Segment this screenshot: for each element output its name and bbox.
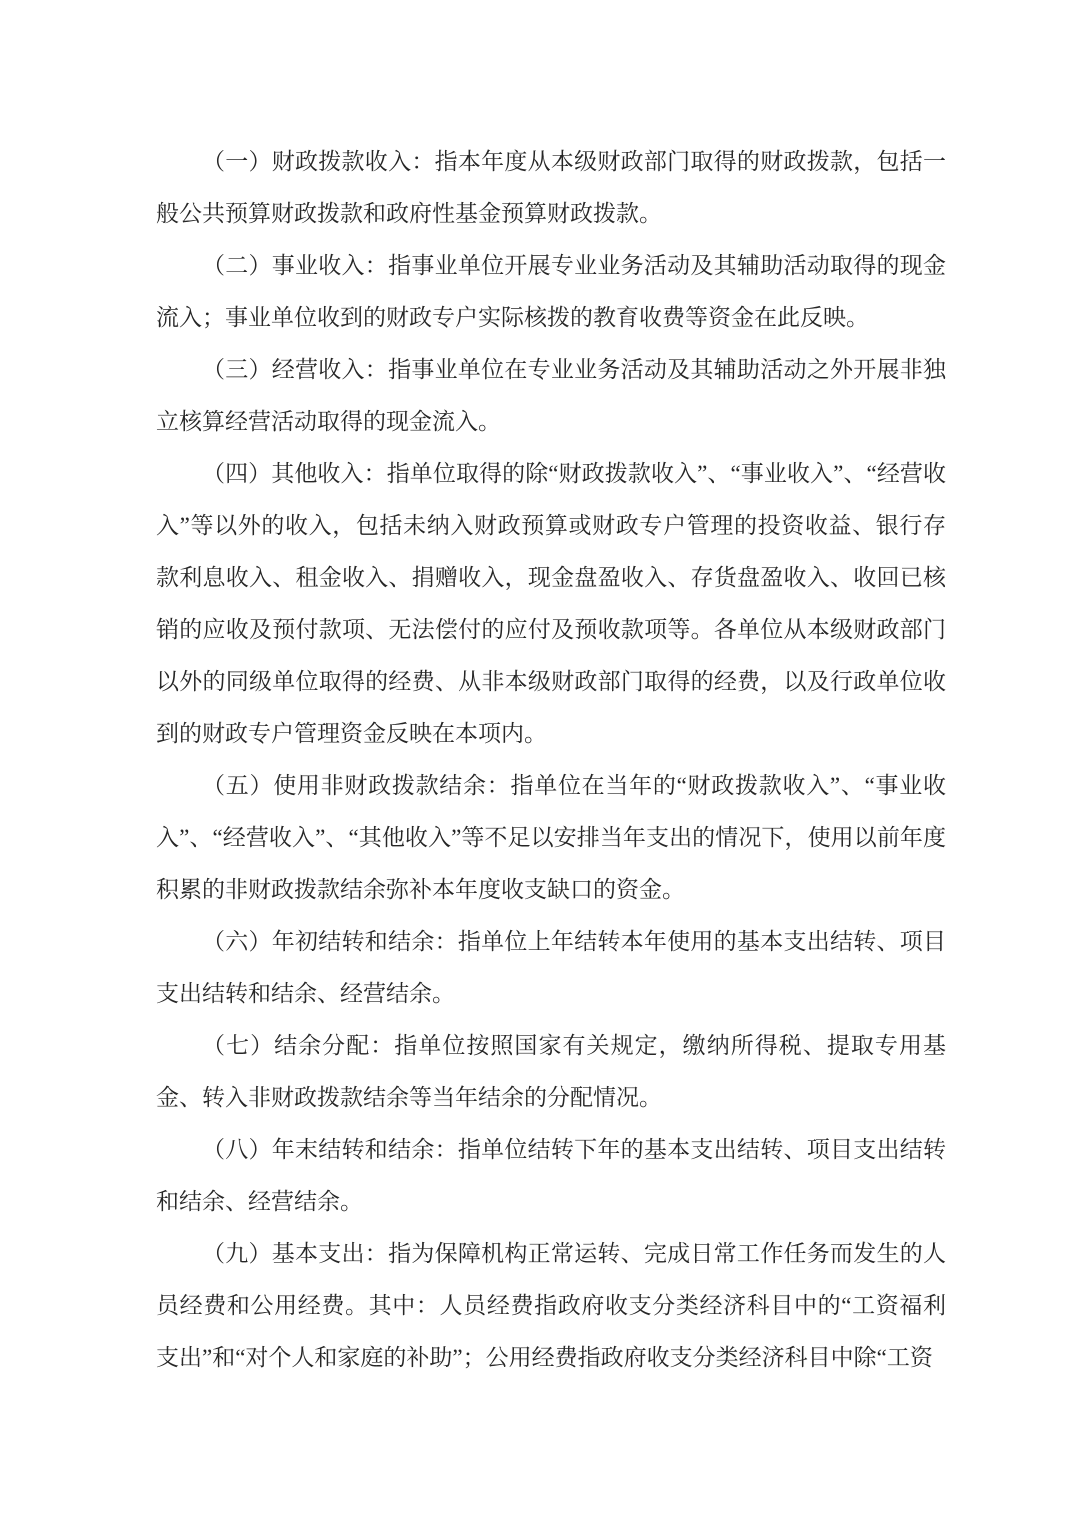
paragraph-4-other-income: （四）其他收入：指单位取得的除“财政拨款收入”、“事业收入”、“经营收入”等以外… bbox=[156, 448, 946, 760]
paragraph-7-surplus-distribution: （七）结余分配：指单位按照国家有关规定，缴纳所得税、提取专用基金、转入非财政拨款… bbox=[156, 1020, 946, 1124]
paragraph-9-basic-expenditure: （九）基本支出：指为保障机构正常运转、完成日常工作任务而发生的人员经费和公用经费… bbox=[156, 1228, 946, 1384]
paragraph-6-beginning-year-carryover: （六）年初结转和结余：指单位上年结转本年使用的基本支出结转、项目支出结转和结余、… bbox=[156, 916, 946, 1020]
paragraph-8-year-end-carryover: （八）年末结转和结余：指单位结转下年的基本支出结转、项目支出结转和结余、经营结余… bbox=[156, 1124, 946, 1228]
document-page: （一）财政拨款收入：指本年度从本级财政部门取得的财政拨款，包括一般公共预算财政拨… bbox=[0, 0, 1074, 1520]
paragraph-5-use-of-non-fiscal-surplus: （五）使用非财政拨款结余：指单位在当年的“财政拨款收入”、“事业收入”、“经营收… bbox=[156, 760, 946, 916]
paragraph-2-operational-income: （二）事业收入：指事业单位开展专业业务活动及其辅助活动取得的现金流入；事业单位收… bbox=[156, 240, 946, 344]
paragraph-3-business-income: （三）经营收入：指事业单位在专业业务活动及其辅助活动之外开展非独立核算经营活动取… bbox=[156, 344, 946, 448]
document-body: （一）财政拨款收入：指本年度从本级财政部门取得的财政拨款，包括一般公共预算财政拨… bbox=[156, 136, 946, 1384]
paragraph-1-fiscal-appropriation-income: （一）财政拨款收入：指本年度从本级财政部门取得的财政拨款，包括一般公共预算财政拨… bbox=[156, 136, 946, 240]
